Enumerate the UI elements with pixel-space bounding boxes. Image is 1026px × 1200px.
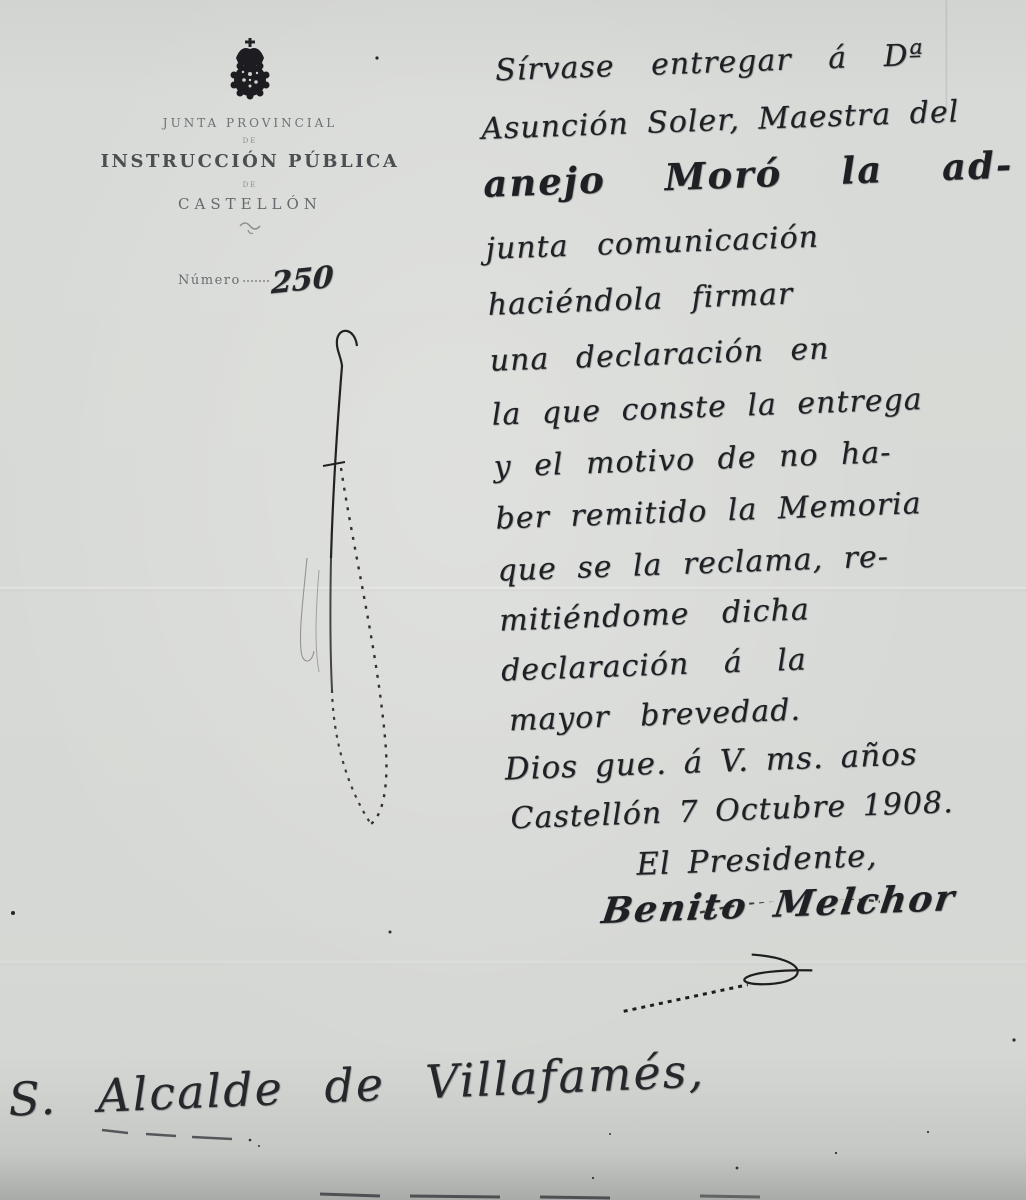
handwritten-line: ber remitido la Memoria xyxy=(495,486,922,537)
dotted-leader xyxy=(243,280,269,282)
valediction-line: Dios gue. á V. ms. años xyxy=(504,736,918,787)
letterhead-org-line1: JUNTA PROVINCIAL xyxy=(100,116,400,130)
letterhead-org-line2: INSTRUCCIÓN PÚBLICA xyxy=(100,151,400,172)
letterhead: JUNTA PROVINCIAL DE INSTRUCCIÓN PÚBLICA … xyxy=(100,38,400,298)
pen-flourish xyxy=(285,318,415,838)
handwritten-line: anejo Moró la ad- xyxy=(482,142,1013,205)
handwritten-line: junta comunicación xyxy=(485,220,819,267)
number-value: 250 xyxy=(270,260,334,302)
document-number-row: Número250 xyxy=(100,263,400,298)
handwritten-line: mayor brevedad. xyxy=(502,693,801,739)
handwritten-line: que se la reclama, re- xyxy=(497,539,890,588)
handwritten-line: mitiéndome dicha xyxy=(499,592,811,638)
letterhead-separator: DE xyxy=(100,137,400,145)
handwritten-line: Sírvase entregar á Dª xyxy=(479,38,925,89)
coat-of-arms-icon xyxy=(223,38,277,100)
handwritten-line: declaración á la xyxy=(500,642,807,688)
handwritten-line: la que conste la entrega xyxy=(491,382,923,433)
number-label: Número xyxy=(178,273,241,288)
signature-rubric xyxy=(580,897,904,1019)
signer-title: El Presidente, xyxy=(508,838,878,887)
handwritten-line: una declaración en xyxy=(489,331,830,378)
scanned-letter-document: JUNTA PROVINCIAL DE INSTRUCCIÓN PÚBLICA … xyxy=(0,0,1026,1200)
handwritten-line: y el motivo de no ha- xyxy=(493,435,892,485)
letterhead-org-line3: CASTELLÓN xyxy=(100,195,400,213)
handwritten-line: haciéndola firmar xyxy=(487,277,794,323)
handwritten-line: Asunción Soler, Maestra del xyxy=(481,94,960,147)
letterhead-ornament-icon xyxy=(237,219,263,237)
letterhead-separator: DE xyxy=(100,181,400,189)
dateline: Castellón 7 Octubre 1908. xyxy=(506,785,954,836)
letter-body: Sírvase entregar á Dª Asunción Soler, Ma… xyxy=(478,20,1026,1040)
addressee-line: S. Alcalde de Villafamés, xyxy=(7,1043,706,1126)
